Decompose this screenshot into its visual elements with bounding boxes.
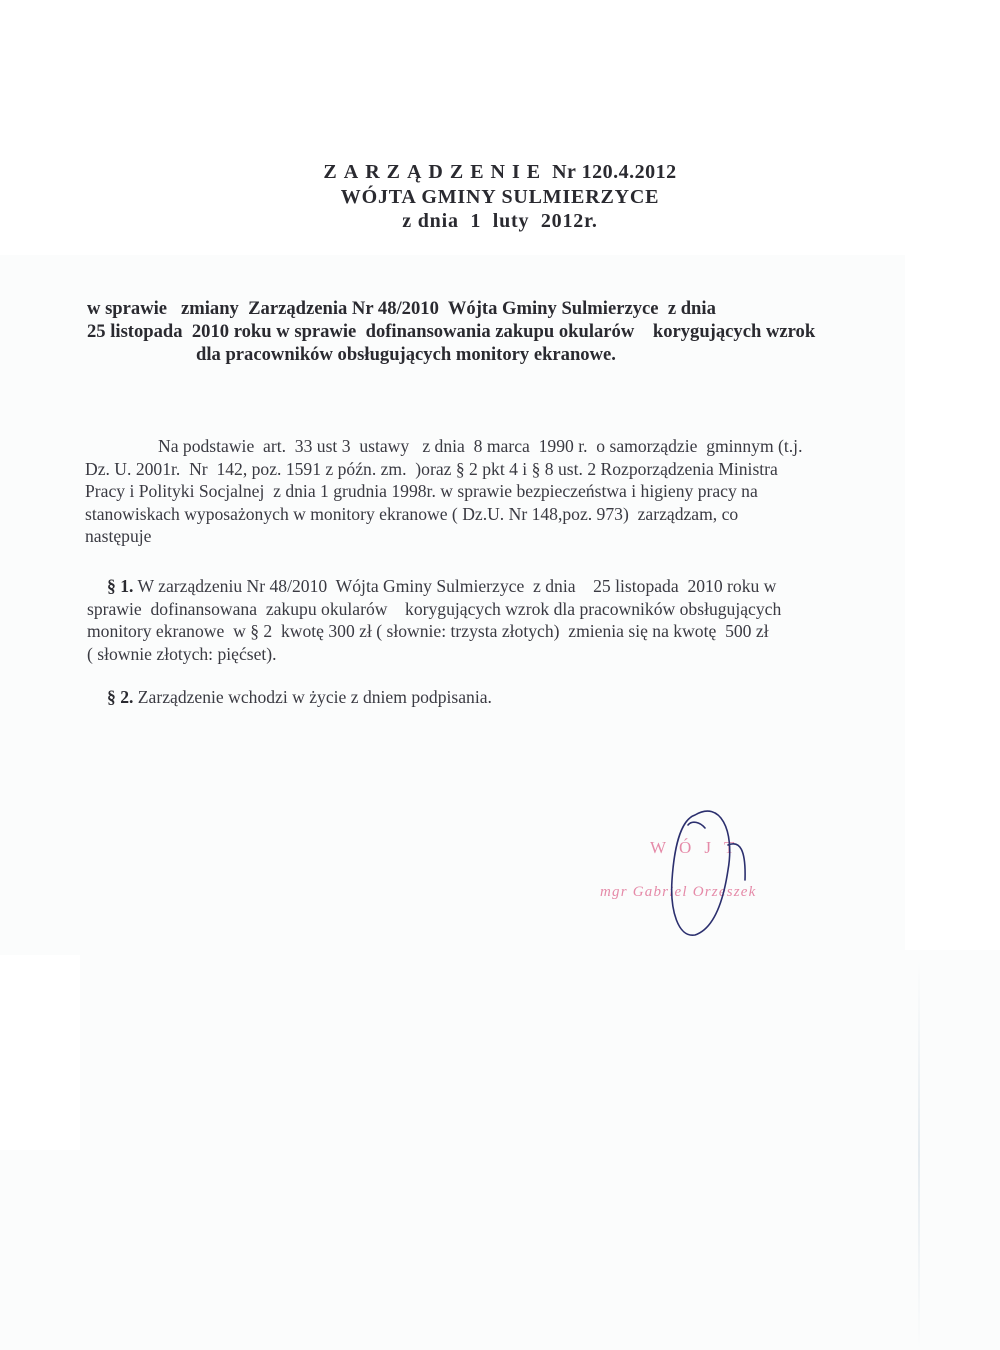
section-number: § 2. <box>107 687 133 707</box>
section-text: W zarządzeniu Nr 48/2010 Wójta Gminy Sul… <box>133 576 776 596</box>
document-header: ZARZĄDZENIE Nr 120.4.2012 WÓJTA GMINY SU… <box>0 160 1000 234</box>
legal-basis-line: Pracy i Polityki Socjalnej z dnia 1 grud… <box>85 480 905 503</box>
section-2-line: § 2. Zarządzenie wchodzi w życie z dniem… <box>87 686 907 709</box>
section-1-line: ( słownie złotych: pięćset). <box>87 643 907 666</box>
subject: w sprawie zmiany Zarządzenia Nr 48/2010 … <box>87 297 887 366</box>
section-text: Zarządzenie wchodzi w życie z dniem podp… <box>133 687 492 707</box>
legal-basis-line: Na podstawie art. 33 ust 3 ustawy z dnia… <box>85 435 905 458</box>
scan-streak <box>918 960 920 1350</box>
section-1: § 1. W zarządzeniu Nr 48/2010 Wójta Gmin… <box>87 575 907 665</box>
issuer: WÓJTA GMINY SULMIERZYCE <box>0 185 1000 210</box>
legal-basis-line: Dz. U. 2001r. Nr 142, poz. 1591 z późn. … <box>85 458 905 481</box>
legal-basis: Na podstawie art. 33 ust 3 ustawy z dnia… <box>85 435 905 548</box>
scan-artifact <box>0 1150 1000 1350</box>
document-title: ZARZĄDZENIE Nr 120.4.2012 <box>0 160 1000 185</box>
legal-basis-line: następuje <box>85 525 905 548</box>
signature-stamp: WÓJT mgr Gabriel Orzeszek <box>600 790 830 960</box>
legal-basis-line: stanowiskach wyposażonych w monitory ekr… <box>85 503 905 526</box>
section-number: § 1. <box>107 576 133 596</box>
title-number: Nr 120.4.2012 <box>552 161 676 183</box>
section-2: § 2. Zarządzenie wchodzi w życie z dniem… <box>87 686 907 709</box>
handwritten-signature-icon <box>600 790 830 960</box>
document-date: z dnia 1 luty 2012r. <box>0 209 1000 234</box>
section-1-line: monitory ekranowe w § 2 kwotę 300 zł ( s… <box>87 620 907 643</box>
subject-line: w sprawie zmiany Zarządzenia Nr 48/2010 … <box>87 297 887 320</box>
section-1-line: sprawie dofinansowana zakupu okularów ko… <box>87 598 907 621</box>
subject-line: dla pracowników obsługujących monitory e… <box>87 343 887 366</box>
subject-line: 25 listopada 2010 roku w sprawie dofinan… <box>87 320 887 343</box>
title-word: ZARZĄDZENIE <box>323 161 547 183</box>
section-1-line: § 1. W zarządzeniu Nr 48/2010 Wójta Gmin… <box>87 575 907 598</box>
